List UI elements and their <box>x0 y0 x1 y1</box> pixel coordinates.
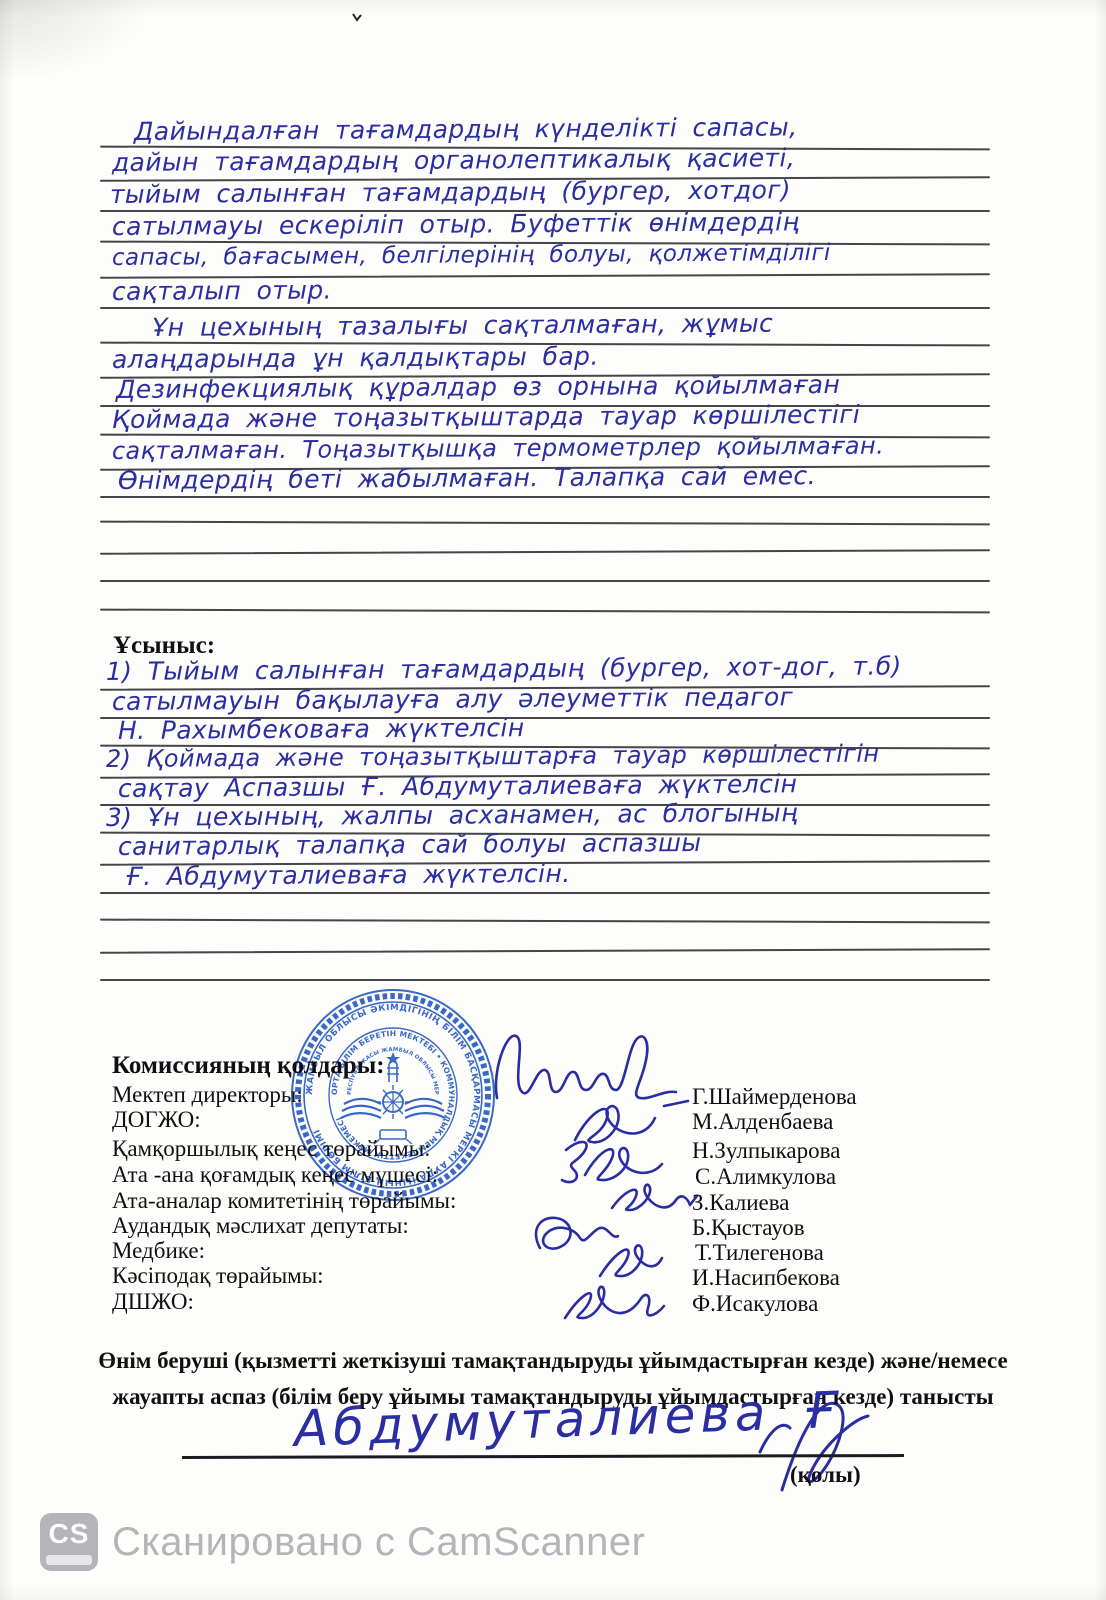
handwritten-line: сатылмауы ескеріліп отыр. Буфеттік өнімд… <box>112 208 800 240</box>
handwritten-line: сақтау Аспазшы Ғ. Абдумуталиеваға жүктел… <box>118 770 798 802</box>
commission-name: Н.Зулпыкарова <box>692 1138 840 1164</box>
scanned-document-page: Дайындалған тағамдардың күнделікті сапас… <box>0 0 1106 1600</box>
signature-parent-member <box>585 1148 662 1180</box>
handwritten-line: Дезинфекциялық құралдар өз орнына қойылм… <box>116 371 840 404</box>
camscanner-logo-icon: CS <box>40 1513 98 1571</box>
ruled-line <box>100 892 990 894</box>
handwritten-line: Н. Рахымбековаға жүктелсін <box>118 714 525 744</box>
handwritten-line: 1) Тыйым салынған тағамдардың (бургер, х… <box>106 652 902 685</box>
signature-nurse <box>600 1245 662 1276</box>
handwritten-line: сақталып отыр. <box>112 276 332 305</box>
scan-artifact-mark <box>352 12 362 22</box>
handwritten-line: Ұн цехының тазалығы сақталмаған, жұмыс <box>152 310 774 342</box>
ruled-line <box>100 979 990 981</box>
signature-line <box>182 1454 904 1458</box>
handwritten-line: дайын тағамдардың органолептикалық қасие… <box>112 144 795 176</box>
commission-label: Аудандық мәслихат депутаты: <box>112 1213 409 1239</box>
commission-name: Г.Шаймерденова <box>692 1084 857 1110</box>
commission-name: Б.Қыстауов <box>692 1215 805 1241</box>
ruled-line <box>100 580 990 582</box>
signature-council-chair <box>562 1142 587 1182</box>
commission-label: Мектеп директоры: <box>112 1082 303 1108</box>
handwritten-line: сапасы, бағасымен, белгілерінің болуы, қ… <box>112 241 831 271</box>
signature-director <box>496 1036 688 1106</box>
official-round-stamp: ЖАМБЫЛ ОБЛЫСЫ ӘКІМДІГІНІҢ БІЛІМ БАСҚАРМА… <box>288 986 498 1204</box>
signature-dogzho <box>575 1106 655 1142</box>
ruled-line <box>100 919 990 924</box>
handwritten-line: санитарлық талапқа сай болуы аспазшы <box>118 829 702 861</box>
signature-union-chair <box>565 1287 664 1318</box>
ruled-line <box>100 549 990 555</box>
camscanner-logo-text: CS <box>40 1517 98 1551</box>
commission-name: С.Алимкулова <box>695 1164 836 1190</box>
footer-notice-line1: Өнім беруші (қызметті жеткізуші тамақтан… <box>70 1348 1036 1374</box>
handwritten-line: Қоймада және тоңазытқыштарда тауар көрші… <box>112 401 860 434</box>
commission-name: З.Калиева <box>692 1190 789 1216</box>
ruled-line <box>100 496 990 498</box>
camscanner-logo-bar <box>46 1555 92 1565</box>
camscanner-watermark-text: Сканировано с CamScanner <box>112 1518 645 1566</box>
commission-name: Ф.Исакулова <box>692 1291 818 1317</box>
commission-label: ДОГЖО: <box>112 1107 201 1133</box>
handwritten-line: Ғ. Абдумуталиеваға жүктелсін. <box>126 860 571 891</box>
commission-name: Т.Тилегенова <box>695 1240 824 1266</box>
handwritten-line: Өнімдердің беті жабылмаған. Талапқа сай … <box>118 462 816 494</box>
commission-name: М.Алденбаева <box>692 1109 833 1135</box>
ruled-line <box>100 521 990 526</box>
ruled-line <box>100 307 990 309</box>
commission-label: Медбике: <box>112 1238 205 1264</box>
signature-parents-committee <box>612 1185 697 1210</box>
handwritten-line: тыйым салынған тағамдардың (бургер, хотд… <box>110 176 791 208</box>
ruled-line <box>100 609 990 614</box>
commission-label: ДШЖО: <box>112 1289 194 1315</box>
handwritten-line: Дайындалған тағамдардың күнделікті сапас… <box>134 113 798 145</box>
commission-label: Кәсіподақ төрайымы: <box>112 1263 324 1289</box>
handwritten-line: 3) Ұн цехының, жалпы асханамен, ас блогы… <box>106 799 798 831</box>
handwritten-line: сақталмаған. Тоңазытқышқа термометрлер қ… <box>112 433 884 465</box>
signature-caption: (қолы) <box>790 1462 861 1488</box>
handwritten-line: сатылмауын бақылауға алу әлеуметтік педа… <box>112 683 793 715</box>
ruled-line <box>100 948 990 954</box>
signature-deputy <box>536 1218 618 1249</box>
commission-name: И.Насипбекова <box>692 1265 840 1291</box>
handwritten-line: 2) Қоймада және тоңазытқыштарға тауар кө… <box>106 741 880 773</box>
handwritten-line: алаңдарында ұн қалдықтары бар. <box>112 343 599 374</box>
